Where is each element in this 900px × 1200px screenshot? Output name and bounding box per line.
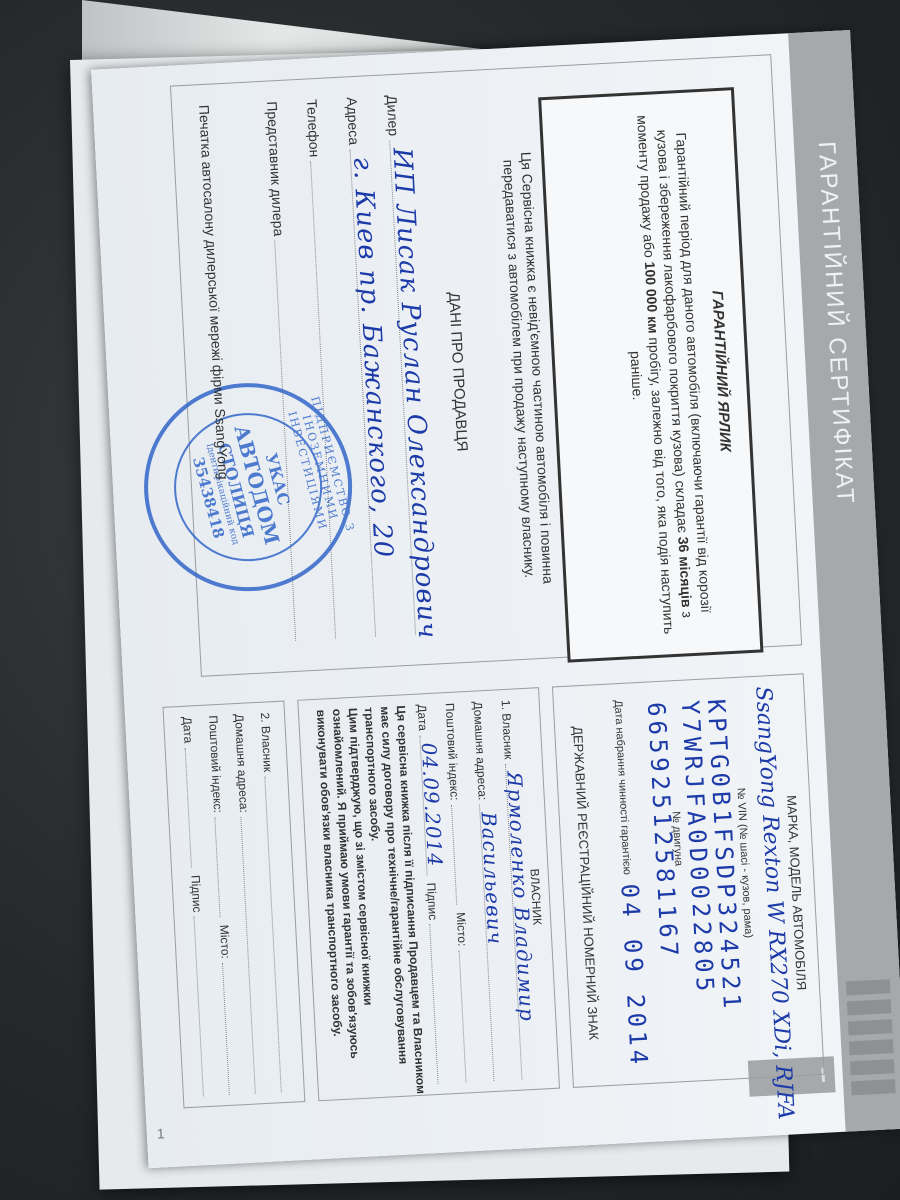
seller-panel: ГАРАНТІЙНИЙ ЯРЛИК Гарантійний період для… bbox=[170, 54, 802, 677]
owner-2-panel: 2. Власник Домашня адреса: Поштовий інде… bbox=[162, 701, 305, 1109]
stripes-decoration bbox=[846, 979, 897, 1111]
warranty-certificate-page: ГАРАНТІЙНИЙ СЕРТИФІКАТ ГАРАНТІЙНИЙ ЯРЛИК… bbox=[80, 30, 850, 1150]
seller-section-title: ДАНІ ПРО ПРОДАВЦЯ bbox=[445, 292, 470, 452]
page-number: 1 bbox=[157, 1125, 166, 1141]
warranty-start-value[interactable]: 04 09 2014 bbox=[615, 883, 653, 1069]
warranty-label-box: ГАРАНТІЙНИЙ ЯРЛИК Гарантійний період для… bbox=[538, 87, 763, 662]
warranty-start-label: Дата набрання чинності гарантією bbox=[612, 700, 633, 875]
vehicle-panel: МАРКА, МОДЕЛЬ АВТОМОБІЛЯ SsangYong Rexto… bbox=[552, 673, 825, 1088]
owner-note: Ця сервісна книжка після її підписання П… bbox=[313, 705, 429, 1099]
page-sheet: ГАРАНТІЙНИЙ СЕРТИФІКАТ ГАРАНТІЙНИЙ ЯРЛИК… bbox=[91, 30, 900, 1168]
owner-1-panel: ВЛАСНИК 1. Власник Ярмоленко Владимир До… bbox=[297, 687, 560, 1101]
dealer-value: ИП Лисак Руслан Олександрович bbox=[387, 147, 443, 640]
header-title: ГАРАНТІЙНИЙ СЕРТИФІКАТ bbox=[812, 141, 859, 506]
warranty-label-text: Гарантійний період для даного автомобіля… bbox=[613, 113, 716, 636]
plate-label: ДЕРЖАВНИЙ РЕЄСТРАЦІЙНИЙ НОМЕРНИЙ ЗНАК bbox=[570, 726, 601, 1041]
